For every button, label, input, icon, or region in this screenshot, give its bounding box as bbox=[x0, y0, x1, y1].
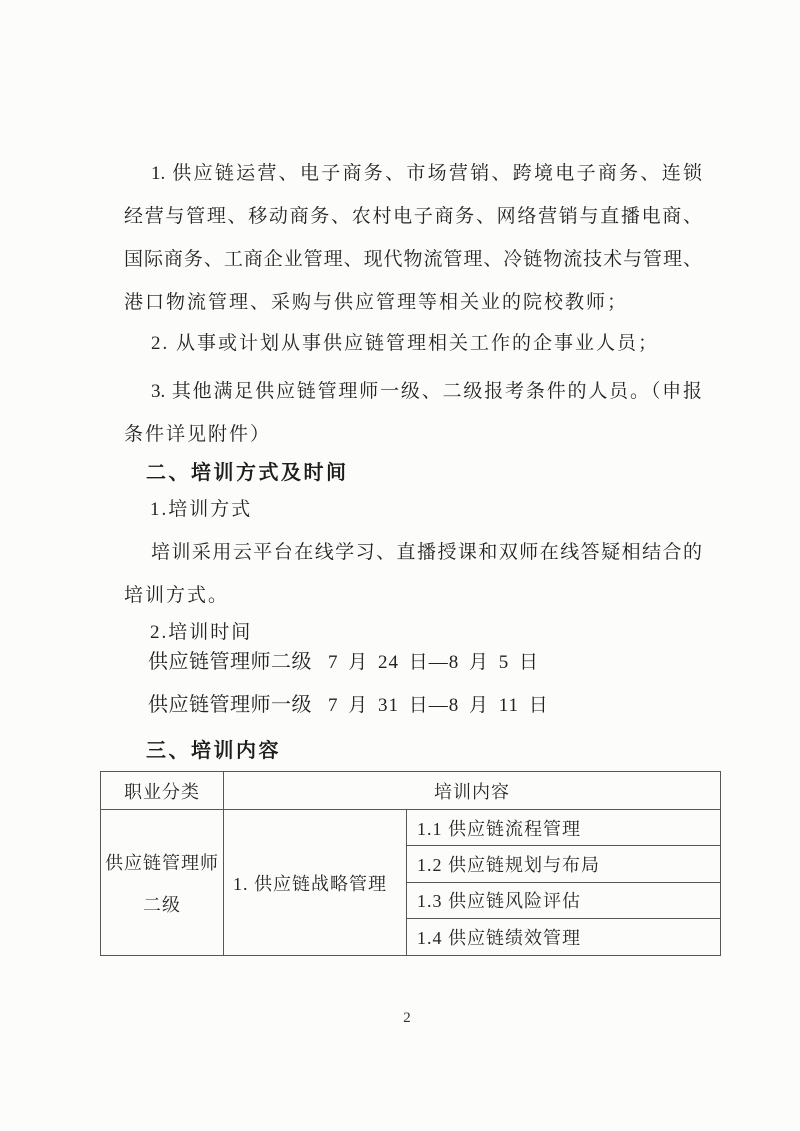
category-line: 二级 bbox=[143, 891, 181, 917]
intro-item-2: 2. 从事或计划从事供应链管理相关工作的企事业人员； bbox=[124, 322, 702, 365]
table-cell-module: 1. 供应链战略管理 bbox=[224, 810, 407, 955]
schedule-dates: 7 月 31 日—8 月 11 日 bbox=[328, 684, 549, 727]
training-content-table: 职业分类 培训内容 供应链管理师 二级 1. 供应链战略管理 1.1 供应链流程… bbox=[100, 771, 721, 956]
table-cell-topic-4: 1.4 供应链绩效管理 bbox=[407, 919, 720, 955]
category-line: 供应链管理师 bbox=[105, 849, 219, 875]
paragraph-line: 港口物流管理、采购与供应管理等相关业的院校教师； bbox=[124, 281, 702, 324]
page-number: 2 bbox=[0, 1010, 800, 1027]
paragraph-line: 国际商务、工商企业管理、现代物流管理、冷链物流技术与管理、 bbox=[124, 238, 702, 281]
paragraph-line: 1. 供应链运营、电子商务、市场营销、跨境电子商务、连锁 bbox=[124, 152, 702, 195]
method-paragraph: 培训采用云平台在线学习、直播授课和双师在线答疑相结合的 培训方式。 bbox=[124, 531, 702, 617]
schedule-row-level1: 供应链管理师一级 7 月 31 日—8 月 11 日 bbox=[148, 684, 549, 727]
schedule-row-level2: 供应链管理师二级 7 月 24 日—8 月 5 日 bbox=[148, 641, 539, 684]
table-cell-topic-2: 1.2 供应链规划与布局 bbox=[407, 846, 720, 882]
paragraph-line: 2. 从事或计划从事供应链管理相关工作的企事业人员； bbox=[124, 322, 702, 365]
schedule-dates: 7 月 24 日—8 月 5 日 bbox=[328, 641, 539, 684]
document-page: 1. 供应链运营、电子商务、市场营销、跨境电子商务、连锁 经营与管理、移动商务、… bbox=[0, 0, 800, 1131]
method-title: 1.培训方式 bbox=[150, 488, 252, 531]
paragraph-line: 3. 其他满足供应链管理师一级、二级报考条件的人员。（申报 bbox=[124, 370, 702, 413]
table-header-category: 职业分类 bbox=[101, 772, 224, 810]
table-header-content: 培训内容 bbox=[224, 772, 720, 810]
section3-heading: 三、培训内容 bbox=[146, 730, 281, 773]
table-cell-topic-3: 1.3 供应链风险评估 bbox=[407, 883, 720, 919]
paragraph-line: 经营与管理、移动商务、农村电子商务、网络营销与直播电商、 bbox=[124, 195, 702, 238]
table-cell-topic-1: 1.1 供应链流程管理 bbox=[407, 810, 720, 846]
intro-item-3: 3. 其他满足供应链管理师一级、二级报考条件的人员。（申报 条件详见附件） bbox=[124, 370, 702, 456]
schedule-level: 供应链管理师二级 bbox=[148, 641, 312, 684]
schedule-level: 供应链管理师一级 bbox=[148, 684, 312, 727]
intro-item-1: 1. 供应链运营、电子商务、市场营销、跨境电子商务、连锁 经营与管理、移动商务、… bbox=[124, 152, 702, 324]
paragraph-line: 条件详见附件） bbox=[124, 413, 702, 456]
paragraph-line: 培训采用云平台在线学习、直播授课和双师在线答疑相结合的 bbox=[124, 531, 702, 574]
table-cell-category: 供应链管理师 二级 bbox=[101, 810, 224, 955]
